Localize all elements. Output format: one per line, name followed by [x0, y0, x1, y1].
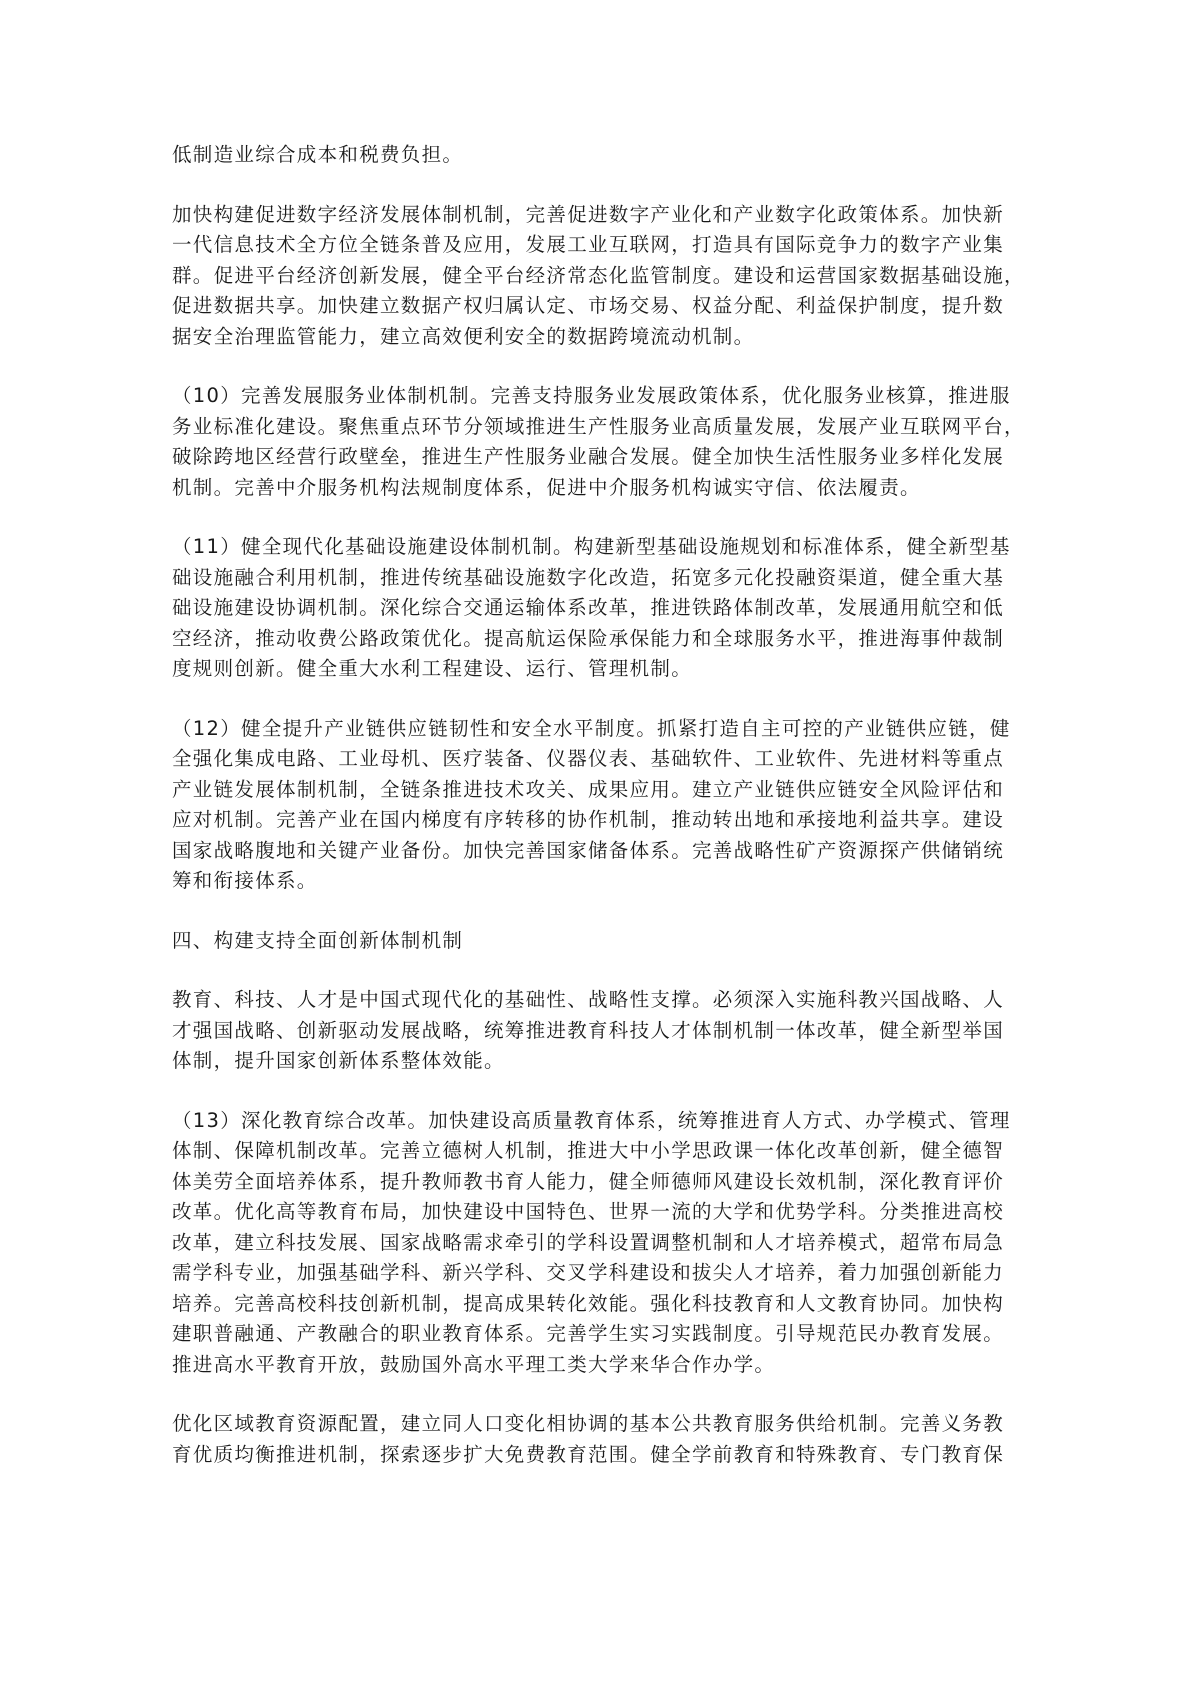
text-line: 才强国战略、创新驱动发展战略，统筹推进教育科技人才体制机制一体改革，健全新型举国: [172, 1016, 1032, 1047]
text-line: （11）健全现代化基础设施建设体制机制。构建新型基础设施规划和标准体系，健全新型…: [172, 532, 1032, 563]
paragraph-section-intro: 教育、科技、人才是中国式现代化的基础性、战略性支撑。必须深入实施科教兴国战略、人…: [172, 985, 1032, 1077]
text-line: 应对机制。完善产业在国内梯度有序转移的协作机制，推动转出地和承接地利益共享。建设: [172, 805, 1032, 836]
text-line: 国家战略腹地和关键产业备份。加快完善国家储备体系。完善战略性矿产资源探产供储销统: [172, 836, 1032, 867]
paragraph-education-resources: 优化区域教育资源配置，建立同人口变化相协调的基本公共教育服务供给机制。完善义务教…: [172, 1409, 1032, 1470]
text-line: 破除跨地区经营行政壁垒，推进生产性服务业融合发展。健全加快生活性服务业多样化发展: [172, 442, 1032, 473]
paragraph-item-12: （12）健全提升产业链供应链韧性和安全水平制度。抓紧打造自主可控的产业链供应链，…: [172, 714, 1032, 897]
text-line: 群。促进平台经济创新发展，健全平台经济常态化监管制度。建设和运营国家数据基础设施…: [172, 261, 1032, 292]
text-line: 改革，建立科技发展、国家战略需求牵引的学科设置调整机制和人才培养模式，超常布局急: [172, 1228, 1032, 1259]
text-line: 改革。优化高等教育布局，加快建设中国特色、世界一流的大学和优势学科。分类推进高校: [172, 1197, 1032, 1228]
paragraph-item-13: （13）深化教育综合改革。加快建设高质量教育体系，统筹推进育人方式、办学模式、管…: [172, 1106, 1032, 1381]
text-line: 低制造业综合成本和税费负担。: [172, 140, 1032, 171]
text-line: 据安全治理监管能力，建立高效便利安全的数据跨境流动机制。: [172, 322, 1032, 353]
paragraph-item-11: （11）健全现代化基础设施建设体制机制。构建新型基础设施规划和标准体系，健全新型…: [172, 532, 1032, 685]
text-line: 培养。完善高校科技创新机制，提高成果转化效能。强化科技教育和人文教育协同。加快构: [172, 1289, 1032, 1320]
text-line: 建职普融通、产教融合的职业教育体系。完善学生实习实践制度。引导规范民办教育发展。: [172, 1319, 1032, 1350]
text-line: 础设施融合利用机制，推进传统基础设施数字化改造，拓宽多元化投融资渠道，健全重大基: [172, 563, 1032, 594]
text-line: 筹和衔接体系。: [172, 866, 1032, 897]
text-line: （10）完善发展服务业体制机制。完善支持服务业发展政策体系，优化服务业核算，推进…: [172, 381, 1032, 412]
text-line: 产业链发展体制机制，全链条推进技术攻关、成果应用。建立产业链供应链安全风险评估和: [172, 775, 1032, 806]
paragraph-item-10: （10）完善发展服务业体制机制。完善支持服务业发展政策体系，优化服务业核算，推进…: [172, 381, 1032, 503]
document-page: 低制造业综合成本和税费负担。 加快构建促进数字经济发展体制机制，完善促进数字产业…: [172, 140, 1032, 1499]
text-line: 空经济，推动收费公路政策优化。提高航运保险承保能力和全球服务水平，推进海事仲裁制: [172, 624, 1032, 655]
section-heading: 四、构建支持全面创新体制机制: [172, 926, 1032, 957]
text-line: 育优质均衡推进机制，探索逐步扩大免费教育范围。健全学前教育和特殊教育、专门教育保: [172, 1440, 1032, 1471]
text-line: 全强化集成电路、工业母机、医疗装备、仪器仪表、基础软件、工业软件、先进材料等重点: [172, 744, 1032, 775]
text-line: （12）健全提升产业链供应链韧性和安全水平制度。抓紧打造自主可控的产业链供应链，…: [172, 714, 1032, 745]
paragraph-continuation: 低制造业综合成本和税费负担。: [172, 140, 1032, 171]
text-line: 务业标准化建设。聚焦重点环节分领域推进生产性服务业高质量发展，发展产业互联网平台…: [172, 412, 1032, 443]
text-line: 础设施建设协调机制。深化综合交通运输体系改革，推进铁路体制改革，发展通用航空和低: [172, 593, 1032, 624]
section-heading-text: 四、构建支持全面创新体制机制: [172, 926, 1032, 957]
text-line: 优化区域教育资源配置，建立同人口变化相协调的基本公共教育服务供给机制。完善义务教: [172, 1409, 1032, 1440]
text-line: （13）深化教育综合改革。加快建设高质量教育体系，统筹推进育人方式、办学模式、管…: [172, 1106, 1032, 1137]
text-line: 体制、保障机制改革。完善立德树人机制，推进大中小学思政课一体化改革创新，健全德智: [172, 1136, 1032, 1167]
text-line: 体美劳全面培养体系，提升教师教书育人能力，健全师德师风建设长效机制，深化教育评价: [172, 1167, 1032, 1198]
text-line: 促进数据共享。加快建立数据产权归属认定、市场交易、权益分配、利益保护制度，提升数: [172, 291, 1032, 322]
text-line: 度规则创新。健全重大水利工程建设、运行、管理机制。: [172, 654, 1032, 685]
text-line: 机制。完善中介服务机构法规制度体系，促进中介服务机构诚实守信、依法履责。: [172, 473, 1032, 504]
text-line: 加快构建促进数字经济发展体制机制，完善促进数字产业化和产业数字化政策体系。加快新: [172, 200, 1032, 231]
text-line: 推进高水平教育开放，鼓励国外高水平理工类大学来华合作办学。: [172, 1350, 1032, 1381]
paragraph-digital-economy: 加快构建促进数字经济发展体制机制，完善促进数字产业化和产业数字化政策体系。加快新…: [172, 200, 1032, 353]
text-line: 一代信息技术全方位全链条普及应用，发展工业互联网，打造具有国际竞争力的数字产业集: [172, 230, 1032, 261]
text-line: 需学科专业，加强基础学科、新兴学科、交叉学科建设和拔尖人才培养，着力加强创新能力: [172, 1258, 1032, 1289]
text-line: 体制，提升国家创新体系整体效能。: [172, 1046, 1032, 1077]
text-line: 教育、科技、人才是中国式现代化的基础性、战略性支撑。必须深入实施科教兴国战略、人: [172, 985, 1032, 1016]
